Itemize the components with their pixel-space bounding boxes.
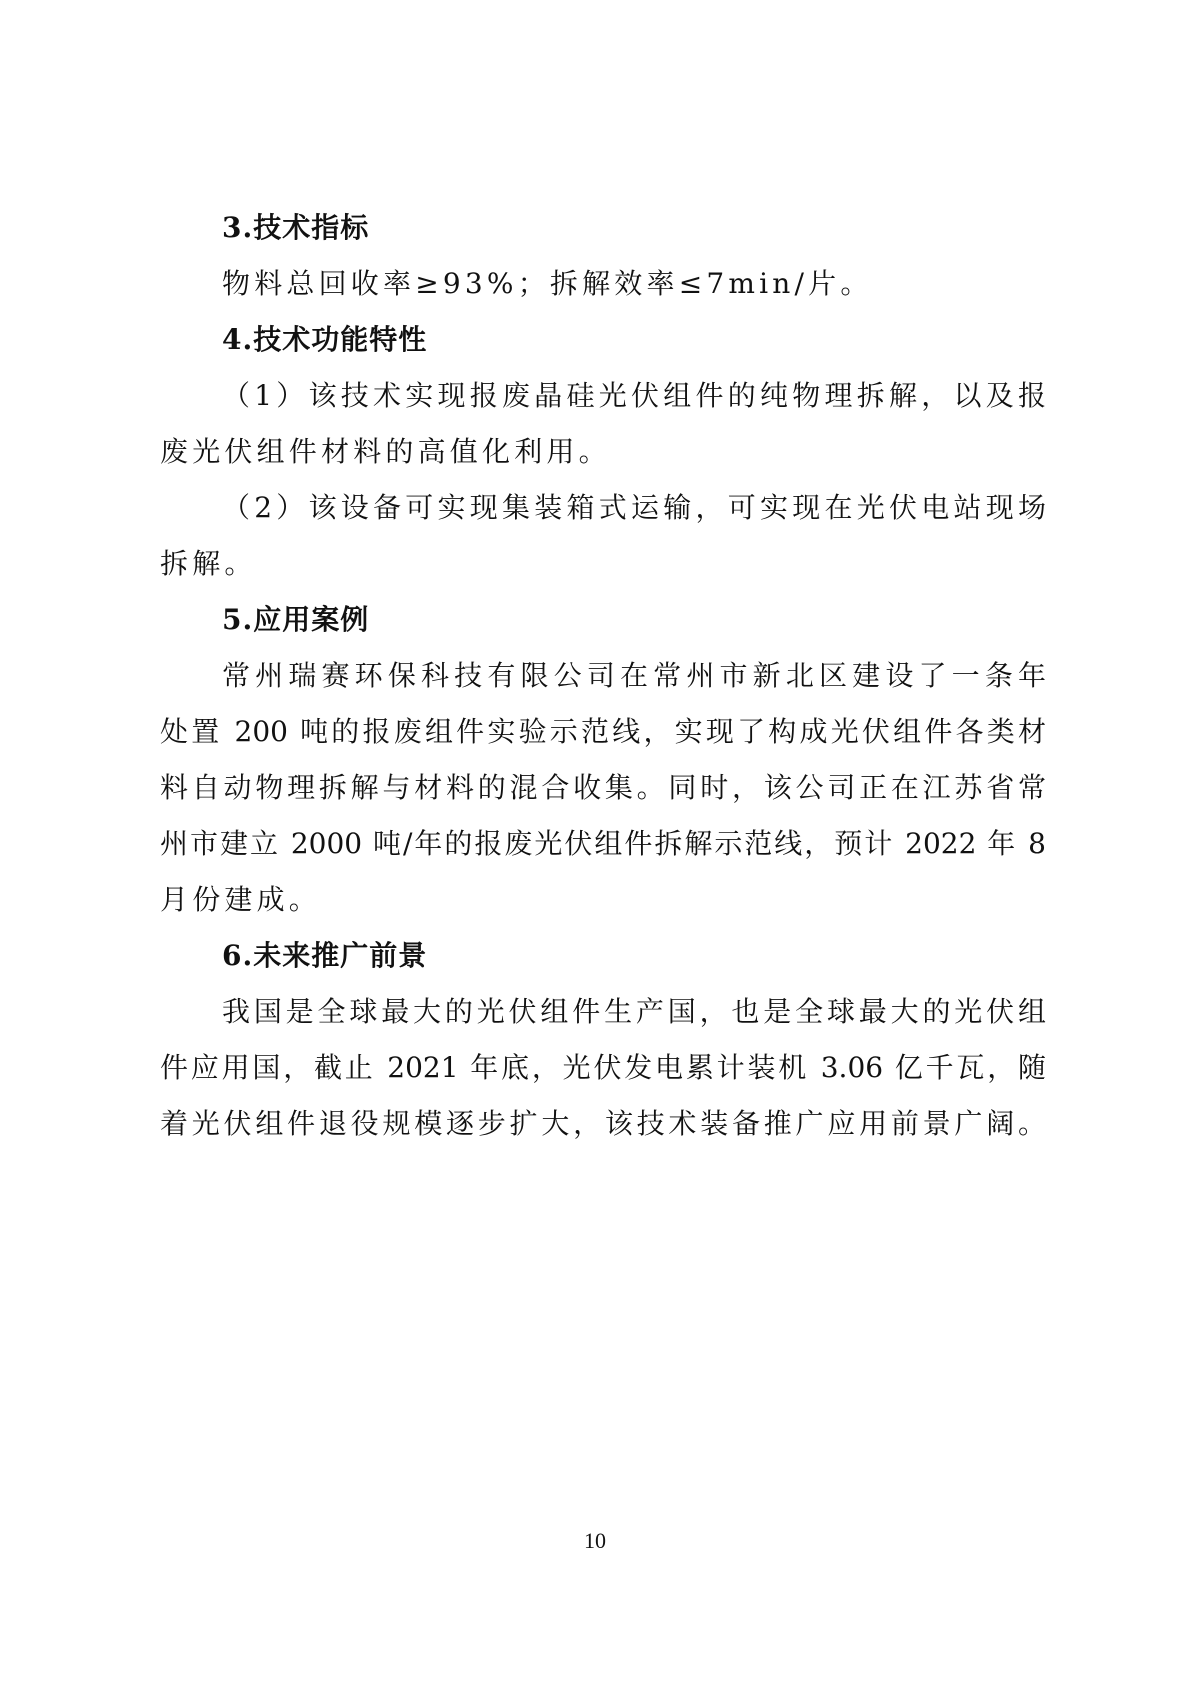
paragraph-line: 废光伏组件材料的高值化利用。 [160, 424, 1046, 480]
paragraph-line: 着光伏组件退役规模逐步扩大，该技术装备推广应用前景广阔。 [160, 1096, 1046, 1152]
paragraph-line: 常州瑞赛环保科技有限公司在常州市新北区建设了一条年 [160, 648, 1046, 704]
section-heading-future-prospects: 6.未来推广前景 [160, 928, 1046, 984]
document-page: 3.技术指标 物料总回收率≥93%；拆解效率≤7min/片。 4.技术功能特性 … [160, 200, 1046, 1152]
paragraph-line: 我国是全球最大的光伏组件生产国，也是全球最大的光伏组 [160, 984, 1046, 1040]
paragraph-line: （2）该设备可实现集装箱式运输，可实现在光伏电站现场 [160, 480, 1046, 536]
section-heading-tech-indicators: 3.技术指标 [160, 200, 1046, 256]
paragraph-line: 件应用国，截止 2021 年底，光伏发电累计装机 3.06 亿千瓦，随 [160, 1040, 1046, 1096]
paragraph-line: （1）该技术实现报废晶硅光伏组件的纯物理拆解，以及报 [160, 368, 1046, 424]
paragraph-line: 处置 200 吨的报废组件实验示范线，实现了构成光伏组件各类材 [160, 704, 1046, 760]
paragraph-line: 物料总回收率≥93%；拆解效率≤7min/片。 [160, 256, 1046, 312]
page-number: 10 [0, 1528, 1190, 1554]
paragraph-line: 州市建立 2000 吨/年的报废光伏组件拆解示范线，预计 2022 年 8 [160, 816, 1046, 872]
section-heading-application-case: 5.应用案例 [160, 592, 1046, 648]
paragraph-line: 月份建成。 [160, 872, 1046, 928]
paragraph-line: 料自动物理拆解与材料的混合收集。同时，该公司正在江苏省常 [160, 760, 1046, 816]
section-heading-tech-features: 4.技术功能特性 [160, 312, 1046, 368]
paragraph-line: 拆解。 [160, 536, 1046, 592]
